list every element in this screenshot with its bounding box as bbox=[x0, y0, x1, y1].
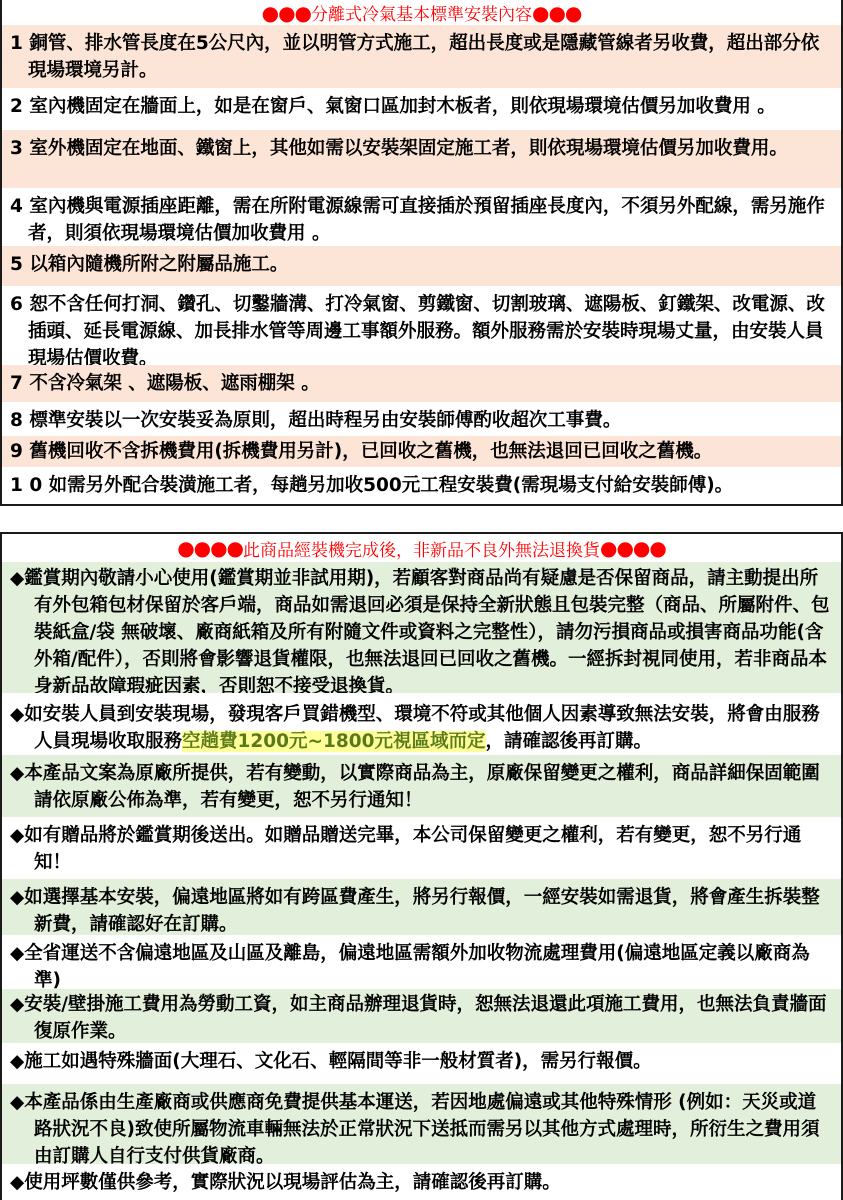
diamond-bullet-icon: ◆ bbox=[10, 1172, 24, 1193]
diamond-bullet-icon: ◆ bbox=[10, 994, 24, 1015]
red-dots-icon: ●●● bbox=[532, 1, 581, 25]
section-title-text: 分離式冷氣基本標準安裝內容 bbox=[311, 0, 532, 25]
list-item: 1 0 如需另外配合裝潢施工者，每趟另加收500元工程安裝費(需現場支付給安裝師… bbox=[2, 467, 841, 504]
list-item: 4 室內機與電源插座距離，需在所附電源線需可直接插於預留插座長度內，不須另外配線… bbox=[2, 188, 841, 246]
list-item: ◆如選擇基本安裝，偏遠地區將如有跨區費產生，將另行報價，一經安裝如需退貨，將會產… bbox=[2, 879, 841, 935]
diamond-bullet-icon: ◆ bbox=[10, 1051, 24, 1072]
diamond-bullet-icon: ◆ bbox=[10, 825, 24, 846]
list-item: 8 標準安裝以一次安裝妥為原則，超出時程另由安裝師傅酌收超次工事費。 bbox=[2, 402, 841, 436]
list-item: 3 室外機固定在地面、鐵窗上，其他如需以安裝架固定施工者，則依現場環境估價另加收… bbox=[2, 130, 841, 188]
list-item: ◆鑑賞期內敬請小心使用(鑑賞期並非試用期)，若顧客對商品尚有疑慮是否保留商品，請… bbox=[2, 562, 841, 693]
section-title: ●●●● 此商品經裝機完成後，非新品不良外無法退換貨 ●●●● bbox=[2, 534, 841, 562]
return-policy-section: ●●●● 此商品經裝機完成後，非新品不良外無法退換貨 ●●●● ◆鑑賞期內敬請小… bbox=[0, 532, 843, 1200]
diamond-bullet-icon: ◆ bbox=[10, 887, 24, 908]
highlighted-fee: 空趟費1200元~1800元視區域而定 bbox=[182, 731, 485, 752]
section-title-text: 此商品經裝機完成後，非新品不良外無法退換貨 bbox=[243, 536, 600, 561]
list-item: ◆使用坪數僅供參考，實際狀況以現場評估為主，請確認後再訂購。 bbox=[2, 1164, 841, 1200]
list-item: 1 銅管、排水管長度在5公尺內，並以明管方式施工，超出長度或是隱藏管線者另收費，… bbox=[2, 25, 841, 88]
diamond-bullet-icon: ◆ bbox=[10, 943, 24, 964]
list-item: 6 恕不含任何打洞、鑽孔、切鑿牆溝、打冷氣窗、剪鐵窗、切割玻璃、遮陽板、釘鐵架、… bbox=[2, 286, 841, 365]
diamond-bullet-icon: ◆ bbox=[10, 763, 24, 784]
red-dots-icon: ●●●● bbox=[177, 536, 243, 560]
list-item: 5 以箱內隨機所附之附屬品施工。 bbox=[2, 246, 841, 286]
list-item: ◆如有贈品將於鑑賞期後送出。如贈品贈送完畢，本公司保留變更之權利，若有變更，恕不… bbox=[2, 817, 841, 879]
red-dots-icon: ●●● bbox=[262, 1, 311, 25]
list-item: ◆本產品係由生產廠商或供應商免費提供基本運送，若因地處偏遠或其他特殊情形 (例如… bbox=[2, 1084, 841, 1164]
red-dots-icon: ●●●● bbox=[600, 536, 666, 560]
standard-installation-section: ●●● 分離式冷氣基本標準安裝內容 ●●● 1 銅管、排水管長度在5公尺內，並以… bbox=[0, 0, 843, 506]
list-item: 9 舊機回收不含拆機費用(拆機費用另計)，已回收之舊機，也無法退回已回收之舊機。 bbox=[2, 436, 841, 467]
diamond-bullet-icon: ◆ bbox=[10, 1092, 24, 1113]
diamond-bullet-icon: ◆ bbox=[10, 704, 24, 725]
diamond-bullet-icon: ◆ bbox=[10, 568, 24, 589]
list-item: ◆全省運送不含偏遠地區及山區及離島，偏遠地區需額外加收物流處理費用(偏遠地區定義… bbox=[2, 935, 841, 989]
list-item: ◆施工如遇特殊牆面(大理石、文化石、輕隔間等非一般材質者)，需另行報價。 bbox=[2, 1043, 841, 1084]
list-item: 2 室內機固定在牆面上，如是在窗戶、氣窗口區加封木板者，則依現場環境估價另加收費… bbox=[2, 88, 841, 130]
list-item: 7 不含冷氣架 、遮陽板、遮雨棚架 。 bbox=[2, 365, 841, 402]
list-item: ◆如安裝人員到安裝現場，發現客戶買錯機型、環境不符或其他個人因素導致無法安裝，將… bbox=[2, 693, 841, 755]
list-item: ◆本產品文案為原廠所提供，若有變動，以實際商品為主，原廠保留變更之權利，商品詳細… bbox=[2, 755, 841, 817]
section-title: ●●● 分離式冷氣基本標準安裝內容 ●●● bbox=[2, 0, 841, 25]
list-item: ◆安裝/壁掛施工費用為勞動工資，如主商品辦理退貨時，恕無法退還此項施工費用，也無… bbox=[2, 989, 841, 1043]
